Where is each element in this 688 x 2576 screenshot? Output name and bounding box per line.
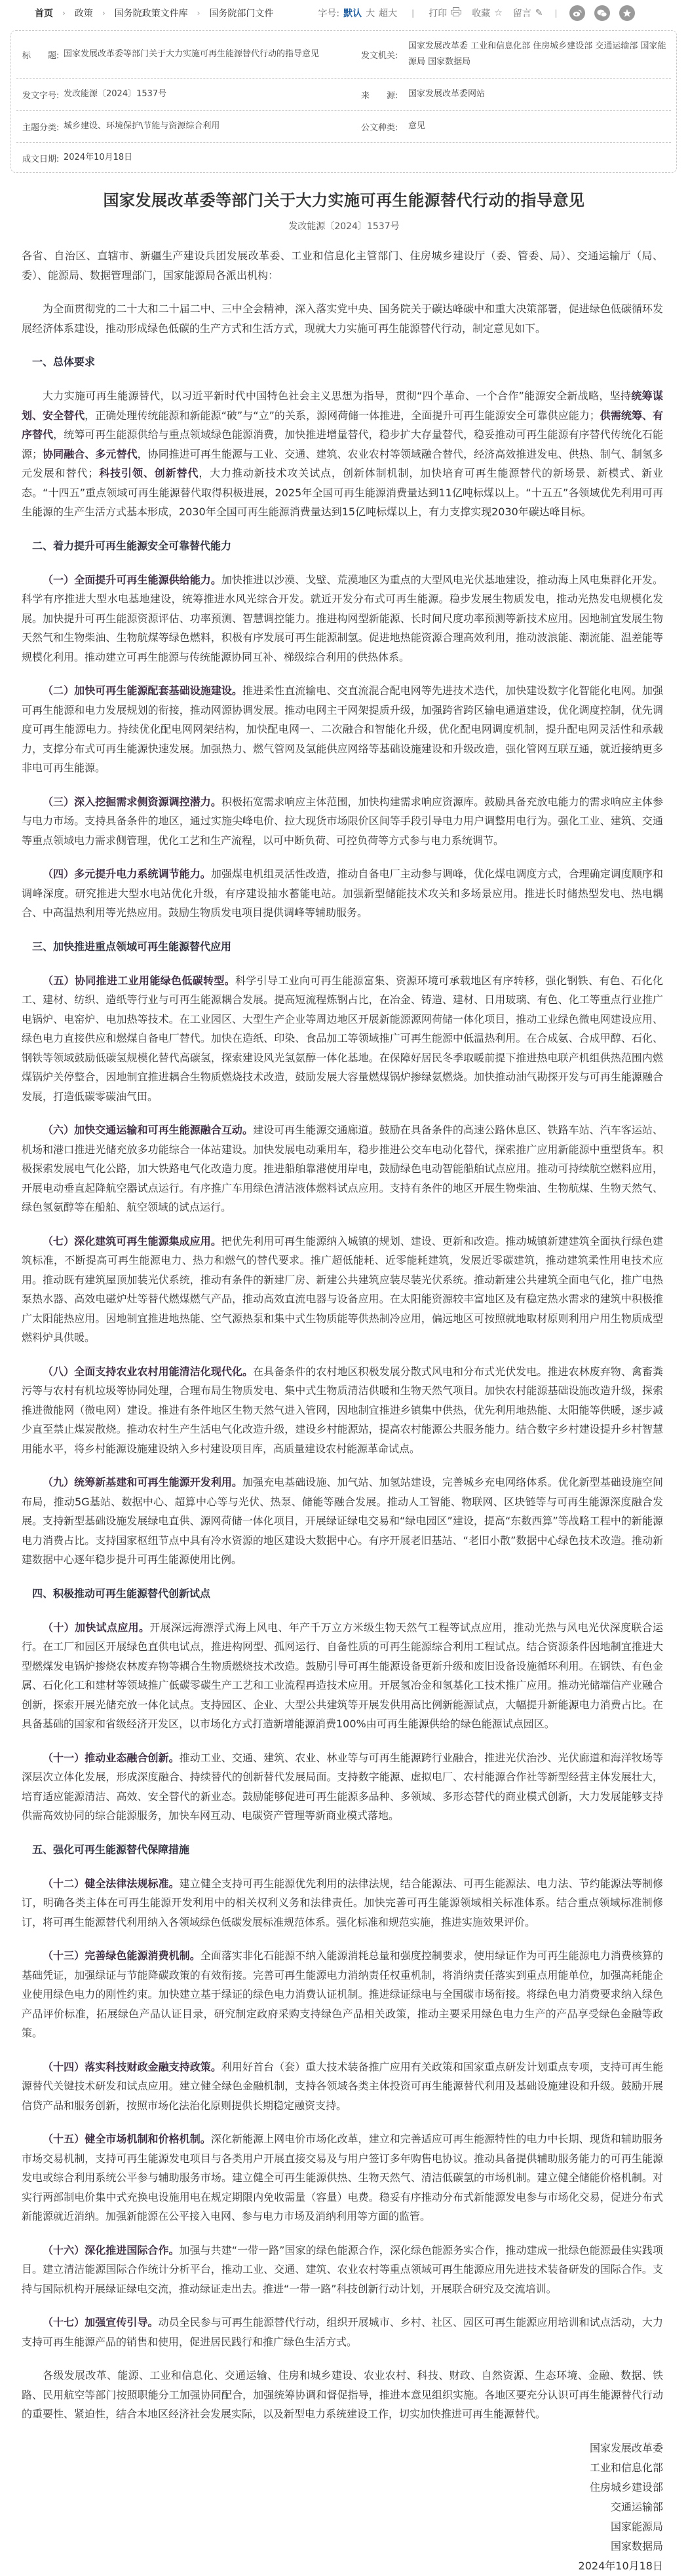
item-lead: （十四）落实科技财政金融支持政策。 — [43, 2061, 221, 2073]
doc-no-value: 发改能源〔2024〕1537号 — [64, 86, 326, 102]
item-lead: （十二）健全法律法规标准。 — [43, 1877, 180, 1890]
section-heading: 四、积极推动可再生能源替代创新试点 — [22, 1584, 663, 1604]
info-row: 标 题: 国家发展改革委等部门关于大力实施可再生能源替代行动的指导意见 发文机关… — [16, 31, 671, 79]
breadcrumb-policy-library[interactable]: 国务院政策文件库 — [115, 7, 188, 20]
issuer-value: 国家发展改革委 工业和信息化部 住房城乡建设部 交通运输部 国家能源局 国家数据… — [408, 39, 667, 70]
item-text: 全面落实非化石能源不纳入能源消耗总量和强度控制要求，使用绿证作为可再生能源电力消… — [22, 1949, 663, 2039]
item-lead: （十六）深化推进国际合作。 — [43, 2244, 180, 2256]
list-item: （十三）完善绿色能源消费机制。全面落实非化石能源不纳入能源消耗总量和强度控制要求… — [22, 1946, 663, 2043]
category-key: 主题分类: — [16, 120, 64, 133]
breadcrumb-department-docs[interactable]: 国务院部门文件 — [209, 7, 273, 20]
closing-paragraph: 各级发展改革、能源、工业和信息化、交通运输、住房和城乡建设、农业农村、科技、财政… — [22, 2366, 663, 2424]
emphasis: 协同融合、多元替代 — [43, 448, 138, 460]
category-value: 城乡建设、环境保护\节能与资源综合利用 — [64, 119, 326, 134]
list-item: （八）全面支持农业农村用能清洁化现代化。在具备条件的农村地区积极发展分散式风电和… — [22, 1362, 663, 1459]
item-lead: （十）加快试点应用。 — [43, 1621, 149, 1634]
item-lead: （四）多元提升电力系统调节能力。 — [43, 868, 211, 880]
font-size-large[interactable]: 大 — [366, 7, 375, 20]
list-item: （一）全面提升可再生能源供给能力。加快推进以沙漠、戈壁、荒漠地区为重点的大型风电… — [22, 570, 663, 667]
list-item: （九）统筹新基建和可再生能源开发利用。加强充电基础设施、加气站、加氢站建设，完善… — [22, 1473, 663, 1570]
list-item: （十五）健全市场机制和价格机制。深化新能源上网电价市场化改革，建立和完善适应可再… — [22, 2129, 663, 2226]
item-lead: （十一）推动业态融合创新。 — [43, 1752, 180, 1764]
star-icon: ☆ — [494, 8, 503, 18]
info-row: 主题分类: 城乡建设、环境保护\节能与资源综合利用 公文种类: 意见 — [16, 111, 671, 143]
breadcrumb: 首页 › 政策 › 国务院政策文件库 › 国务院部门文件 — [35, 7, 273, 20]
item-text: 加快推进以沙漠、戈壁、荒漠地区为重点的大型风电光伏基地建设，推动海上风电集群化开… — [22, 574, 663, 663]
list-item: （十四）落实科技财政金融支持政策。利用好首台（套）重大技术装备推广应用有关政策和… — [22, 2057, 663, 2116]
pencil-icon: ✎ — [535, 8, 543, 18]
item-text: 科学引导工业向可再生能源富集、资源环境可承载地区有序转移，强化钢铁、有色、石化化… — [22, 974, 663, 1103]
chevron-right-icon: › — [62, 9, 66, 18]
chevron-right-icon: › — [197, 9, 201, 18]
list-item: （六）加快交通运输和可再生能源融合互动。建设可再生能源交通廊道。鼓励在具备条件的… — [22, 1120, 663, 1217]
print-button[interactable]: 打印 — [429, 7, 461, 20]
info-cell-issuer: 发文机关: 国家发展改革委 工业和信息化部 住房城乡建设部 交通运输部 国家能源… — [361, 31, 669, 78]
item-lead: （八）全面支持农业农村用能清洁化现代化。 — [43, 1365, 253, 1378]
article-tools: 字号: 默认 大 超大 | 打印 收藏 ☆ 留言 ✎ | — [318, 5, 634, 21]
info-cell-category: 主题分类: 城乡建设、环境保护\节能与资源综合利用 — [16, 111, 361, 142]
source-key: 来 源: — [361, 88, 408, 101]
info-cell-doc-type: 公文种类: 意见 — [361, 111, 669, 142]
date-key: 成文日期: — [16, 152, 64, 164]
item-lead: （七）深化建筑可再生能源集成应用。 — [43, 1235, 221, 1247]
breadcrumb-home[interactable]: 首页 — [35, 7, 53, 20]
document-info-table: 标 题: 国家发展改革委等部门关于大力实施可再生能源替代行动的指导意见 发文机关… — [10, 30, 677, 173]
item-lead: （五）协同推进工业用能绿色低碳转型。 — [43, 974, 235, 987]
info-row: 发文字号: 发改能源〔2024〕1537号 来 源: 国家发展改革委网站 — [16, 79, 671, 111]
list-item: （七）深化建筑可再生能源集成应用。把优先利用可再生能源纳入城镇的规划、建设、更新… — [22, 1232, 663, 1348]
list-item: （五）协同推进工业用能绿色低碳转型。科学引导工业向可再生能源富集、资源环境可承载… — [22, 971, 663, 1107]
list-item: （十六）深化推进国际合作。加强与共建“一带一路”国家的绿色能源合作，深化绿色能源… — [22, 2241, 663, 2299]
item-lead: （十七）加强宣传引导。 — [43, 2316, 159, 2328]
title-key: 标 题: — [16, 48, 64, 61]
info-row: 成文日期: 2024年10月18日 — [16, 143, 671, 173]
item-lead: （十三）完善绿色能源消费机制。 — [43, 1949, 201, 1962]
font-size-xlarge[interactable]: 超大 — [379, 7, 397, 20]
section-heading: 五、强化可再生能源替代保障措施 — [22, 1840, 663, 1860]
article-doc-number: 发改能源〔2024〕1537号 — [0, 219, 688, 234]
issuer-key: 发文机关: — [361, 48, 408, 61]
item-lead: （三）深入挖掘需求侧资源调控潜力。 — [43, 796, 221, 808]
info-cell-title: 标 题: 国家发展改革委等部门关于大力实施可再生能源替代行动的指导意见 — [16, 31, 361, 78]
signatory: 国家能源局 — [22, 2517, 663, 2537]
favorite-button[interactable]: 收藏 ☆ — [472, 7, 503, 20]
item-lead: （二）加快可再生能源配套基础设施建设。 — [43, 684, 242, 697]
weibo-icon[interactable] — [569, 5, 585, 21]
qzone-icon[interactable] — [619, 5, 635, 21]
list-item: （十）加快试点应用。开展深远海漂浮式海上风电、年产千万立方米级生物天然气工程等试… — [22, 1618, 663, 1734]
doc-type-value: 意见 — [408, 119, 667, 134]
breadcrumb-policy[interactable]: 政策 — [75, 7, 93, 20]
section-heading: 一、总体要求 — [22, 352, 663, 372]
divider: | — [411, 9, 414, 18]
info-cell-source: 来 源: 国家发展改革委网站 — [361, 79, 669, 110]
item-lead: （十五）健全市场机制和价格机制。 — [43, 2133, 211, 2145]
top-bar: 首页 › 政策 › 国务院政策文件库 › 国务院部门文件 字号: 默认 大 超大… — [0, 0, 688, 26]
item-text: 把优先利用可再生能源纳入城镇的规划、建设、更新和改造。推动城镇新建建筑全面执行绿… — [22, 1235, 663, 1344]
signatory: 工业和信息化部 — [22, 2458, 663, 2478]
info-cell-date: 成文日期: 2024年10月18日 — [16, 143, 361, 173]
comment-label: 留言 — [513, 7, 531, 20]
article-title: 国家发展改革委等部门关于大力实施可再生能源替代行动的指导意见 — [0, 186, 688, 215]
section-heading: 三、加快推进重点领域可再生能源替代应用 — [22, 937, 663, 957]
source-value: 国家发展改革委网站 — [408, 86, 667, 102]
share-buttons — [569, 5, 635, 21]
item-lead: （一）全面提升可再生能源供给能力。 — [43, 574, 221, 586]
chevron-right-icon: › — [102, 9, 105, 18]
emphasis: 科技引领、创新替代 — [98, 467, 199, 479]
list-item: （十七）加强宣传引导。动员全民参与可再生能源替代行动，组织开展城市、乡村、社区、… — [22, 2313, 663, 2351]
item-text: 在具备条件的农村地区积极发展分散式风电和分布式光伏发电。推进农林废弃物、禽畜粪污… — [22, 1365, 663, 1455]
text-run: 大力实施可再生能源替代，以习近平新时代中国特色社会主义思想为指导，贯彻“四个革命… — [43, 390, 631, 402]
addressee: 各省、自治区、直辖市、新疆生产建设兵团发展改革委、工业和信息化主管部门、住房城乡… — [22, 246, 663, 285]
printer-icon — [451, 7, 461, 19]
article-body: 各省、自治区、直辖市、新疆生产建设兵团发展改革委、工业和信息化主管部门、住房城乡… — [0, 246, 688, 2576]
list-item: （二）加快可再生能源配套基础设施建设。推进柔性直流输电、交直流混合配电网等先进技… — [22, 681, 663, 778]
list-item: （四）多元提升电力系统调节能力。加强煤电机组灵活性改造，推动自备电厂主动参与调峰… — [22, 864, 663, 923]
signatory: 住房城乡建设部 — [22, 2478, 663, 2497]
section-heading: 二、着力提升可再生能源安全可靠替代能力 — [22, 536, 663, 556]
divider: | — [555, 9, 558, 18]
item-lead: （九）统筹新基建和可再生能源开发利用。 — [43, 1476, 242, 1488]
article: 国家发展改革委等部门关于大力实施可再生能源替代行动的指导意见 发改能源〔2024… — [0, 173, 688, 2576]
item-text: 深化新能源上网电价市场化改革，建立和完善适应可再生能源特性的电力中长期、现货和辅… — [22, 2133, 663, 2222]
wechat-icon[interactable] — [594, 5, 610, 21]
signature-block: 国家发展改革委 工业和信息化部 住房城乡建设部 交通运输部 国家能源局 国家数据… — [22, 2438, 663, 2576]
comment-button[interactable]: 留言 ✎ — [513, 7, 543, 20]
print-label: 打印 — [429, 7, 447, 20]
doc-type-key: 公文种类: — [361, 120, 408, 133]
signatory: 交通运输部 — [22, 2497, 663, 2517]
item-text: 建设可再生能源交通廊道。鼓励在具备条件的高速公路休息区、铁路车站、汽车客运站、机… — [22, 1124, 663, 1213]
item-text: 开展深远海漂浮式海上风电、年产千万立方米级生物天然气工程等试点应用，推动光热与风… — [22, 1621, 663, 1731]
text-run: ，正确处理传统能源和新能源“破”与“立”的关系，源网荷储一体推进，全面提升可再生… — [85, 409, 600, 422]
font-size-label: 字号: — [318, 7, 339, 20]
list-item: （三）深入挖掘需求侧资源调控潜力。积极拓宽需求响应主体范围，加快构建需求响应资源… — [22, 792, 663, 851]
sign-date: 2024年10月18日 — [22, 2556, 663, 2576]
title-value: 国家发展改革委等部门关于大力实施可再生能源替代行动的指导意见 — [64, 46, 326, 62]
item-text: 加强充电基础设施、加气站、加氢站建设，完善城乡充电网络体系。优化新型基础设施空间… — [22, 1476, 663, 1566]
intro-paragraph: 为全面贯彻党的二十大和二十届二中、三中全会精神，深入落实党中央、国务院关于碳达峰… — [22, 299, 663, 338]
list-item: （十二）健全法律法规标准。建立健全支持可再生能源优先利用的法律法规，结合能源法、… — [22, 1874, 663, 1932]
signatory: 国家发展改革委 — [22, 2438, 663, 2458]
item-lead: （六）加快交通运输和可再生能源融合互动。 — [43, 1124, 253, 1136]
list-item: （十一）推动业态融合创新。推动工业、交通、建筑、农业、林业等与可再生能源跨行业融… — [22, 1748, 663, 1826]
item-text: 推进柔性直流输电、交直流混合配电网等先进技术迭代，加快建设数字化智能化电网。加强… — [22, 684, 663, 774]
general-requirements-paragraph: 大力实施可再生能源替代，以习近平新时代中国特色社会主义思想为指导，贯彻“四个革命… — [22, 386, 663, 522]
info-cell-doc-no: 发文字号: 发改能源〔2024〕1537号 — [16, 79, 361, 110]
signatory: 国家数据局 — [22, 2537, 663, 2556]
font-size-default[interactable]: 默认 — [343, 7, 362, 20]
favorite-label: 收藏 — [472, 7, 490, 20]
date-value: 2024年10月18日 — [64, 150, 326, 166]
doc-no-key: 发文字号: — [16, 88, 64, 101]
